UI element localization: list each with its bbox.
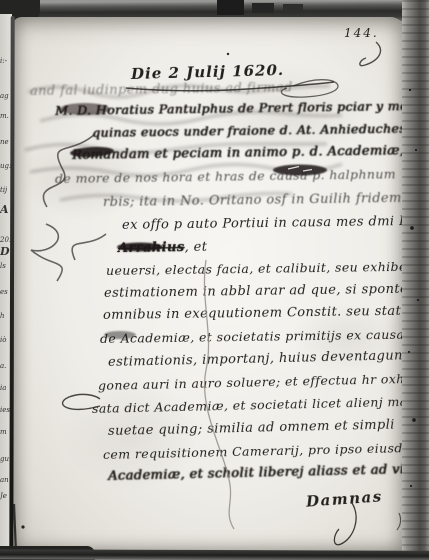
book-fore-edge xyxy=(402,0,429,560)
margin-fragment: ies xyxy=(0,406,11,414)
top-edge-notch xyxy=(252,3,274,13)
line-remainder: , et xyxy=(184,240,207,255)
manuscript-scan: i:- ag m. ne ug: tij A 20. D ls es h iò … xyxy=(0,0,429,560)
margin-fragment: i:- xyxy=(0,57,11,65)
margin-fragment: a. xyxy=(0,362,11,370)
margin-fragment: D xyxy=(0,248,11,256)
folio-number: 144. xyxy=(344,26,379,40)
margin-fragment: an xyxy=(0,476,11,484)
margin-fragment: A xyxy=(0,206,11,214)
book-bottom-edge xyxy=(0,549,429,560)
top-edge-notch xyxy=(217,0,244,15)
margin-fragment: 20. xyxy=(0,236,11,244)
margin-fragment: ne xyxy=(0,138,11,146)
margin-fragment: iò xyxy=(0,336,11,344)
manuscript-line: Arrahius, et xyxy=(118,240,208,256)
margin-fragment: tij xyxy=(0,186,11,194)
margin-fragment: Je xyxy=(0,492,11,500)
struck-word: Arrahius xyxy=(118,240,185,256)
margin-fragment: gu xyxy=(0,455,11,463)
margin-fragment: h xyxy=(0,312,11,320)
margin-fragment: m. xyxy=(0,112,11,120)
margin-fragment: ug: xyxy=(0,162,11,170)
margin-fragment: ag xyxy=(0,92,11,100)
margin-fragment: ls xyxy=(0,262,11,270)
margin-fragment: es xyxy=(0,288,11,296)
margin-fragment: ia xyxy=(0,384,11,392)
top-edge-notch xyxy=(283,4,303,13)
margin-fragment: m xyxy=(0,428,11,436)
